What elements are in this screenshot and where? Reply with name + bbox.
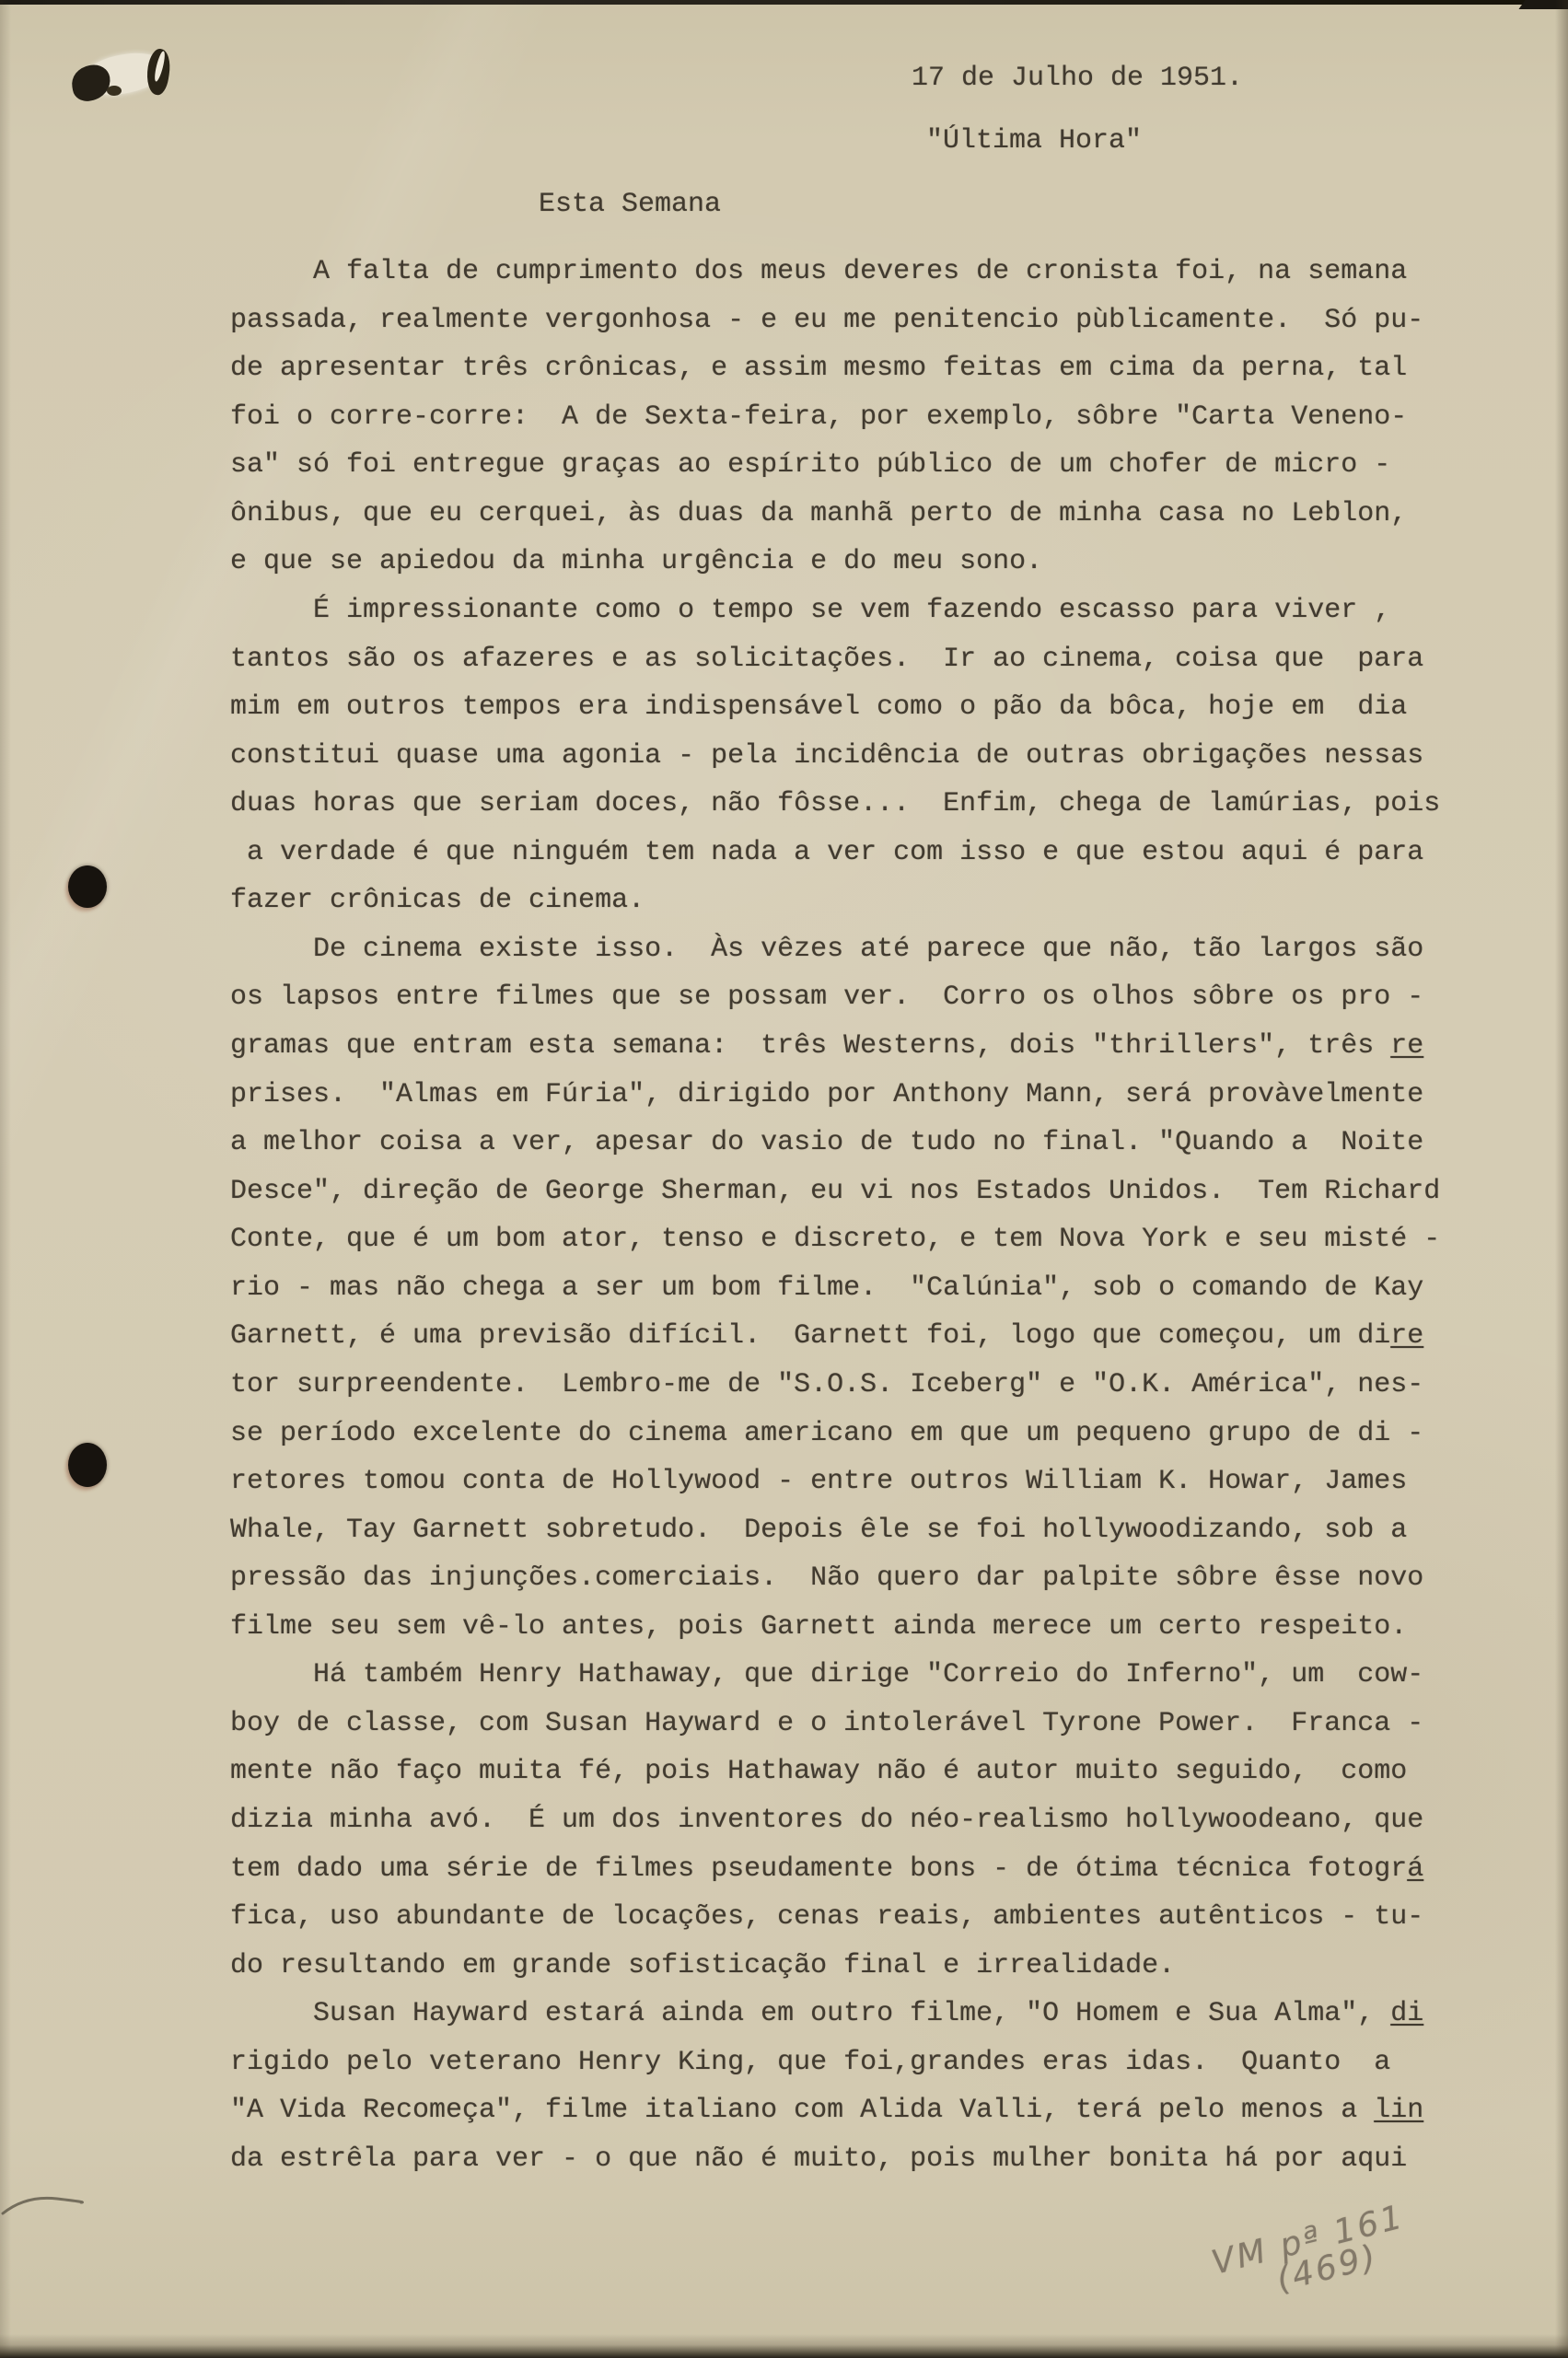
text-line: e que se apiedou da minha urgência e do … [230,538,1440,587]
pencil-annotation: VM pª 161 (469) [1208,2198,1416,2314]
text-line: prises. "Almas em Fúria", dirigido por A… [230,1071,1440,1120]
text-line: sa" só foi entregue graças ao espírito p… [230,441,1440,490]
text-line: filme seu sem vê-lo antes, pois Garnett … [230,1603,1440,1652]
text-line: "A Vida Recomeça", filme italiano com Al… [230,2086,1440,2135]
text-line: A falta de cumprimento dos meus deveres … [230,248,1440,296]
text-line: Há também Henry Hathaway, que dirige "Co… [230,1651,1440,1700]
text-line: mim em outros tempos era indispensável c… [230,683,1440,732]
text-line: de apresentar três crônicas, e assim mes… [230,344,1440,393]
text-line: Whale, Tay Garnett sobretudo. Depois êle… [230,1506,1440,1555]
punch-hole-top [68,865,107,908]
text-line: fica, uso abundante de locações, cenas r… [230,1893,1440,1942]
text-line: a verdade é que ninguém tem nada a ver c… [230,829,1440,877]
text-line: Conte, que é um bom ator, tenso e discre… [230,1215,1440,1264]
text-line: foi o corre-corre: A de Sexta-feira, por… [230,393,1440,442]
text-line: dizia minha avó. É um dos inventores do … [230,1796,1440,1845]
text-line: os lapsos entre filmes que se possam ver… [230,973,1440,1022]
text-line: passada, realmente vergonhosa - e eu me … [230,296,1440,345]
text-line: tem dado uma série de filmes pseudamente… [230,1845,1440,1894]
text-line: mente não faço muita fé, pois Hathaway n… [230,1748,1440,1796]
page-top-edge [0,0,1568,5]
text-line: De cinema existe isso. Às vêzes até pare… [230,925,1440,974]
text-line: Desce", direção de George Sherman, eu vi… [230,1167,1440,1216]
text-line: gramas que entram esta semana: três West… [230,1022,1440,1071]
text-line: a melhor coisa a ver, apesar do vasio de… [230,1119,1440,1167]
text-line: É impressionante como o tempo se vem faz… [230,587,1440,635]
text-line: se período excelente do cinema americano… [230,1410,1440,1458]
date-line: 17 de Julho de 1951. [912,54,1243,103]
text-line: pressão das injunções.comerciais. Não qu… [230,1554,1440,1603]
staple-tear-mark [64,41,184,110]
typewritten-text: A falta de cumprimento dos meus deveres … [230,248,1440,2184]
page-right-edge-shadow [1555,0,1568,2358]
document-page: 17 de Julho de 1951. "Última Hora" Esta … [0,0,1568,2358]
text-line: fazer crônicas de cinema. [230,877,1440,925]
pencil-mark [0,2191,85,2217]
punch-hole-bottom [68,1443,107,1487]
page-bottom-edge [0,2334,1568,2358]
text-line: duas horas que seriam doces, não fôsse..… [230,780,1440,829]
text-line: tor surpreendente. Lembro-me de "S.O.S. … [230,1361,1440,1410]
section-heading: Esta Semana [539,180,721,229]
publication-title: "Última Hora" [926,117,1142,166]
text-line: retores tomou conta de Hollywood - entre… [230,1458,1440,1506]
text-line: rigido pelo veterano Henry King, que foi… [230,2039,1440,2087]
text-line: Garnett, é uma previsão difícil. Garnett… [230,1312,1440,1361]
text-line: ônibus, que eu cerquei, às duas da manhã… [230,490,1440,539]
text-line: boy de classe, com Susan Hayward e o int… [230,1700,1440,1748]
text-line: Susan Hayward estará ainda em outro film… [230,1990,1440,2039]
text-line: constitui quase uma agonia - pela incidê… [230,732,1440,781]
text-line: tantos são os afazeres e as solicitações… [230,635,1440,684]
text-line: da estrêla para ver - o que não é muito,… [230,2135,1440,2184]
ink-blot [107,86,122,96]
text-line: do resultando em grande sofisticação fin… [230,1942,1440,1991]
text-line: rio - mas não chega a ser um bom filme. … [230,1264,1440,1313]
page-left-edge-shadow [0,0,11,2358]
